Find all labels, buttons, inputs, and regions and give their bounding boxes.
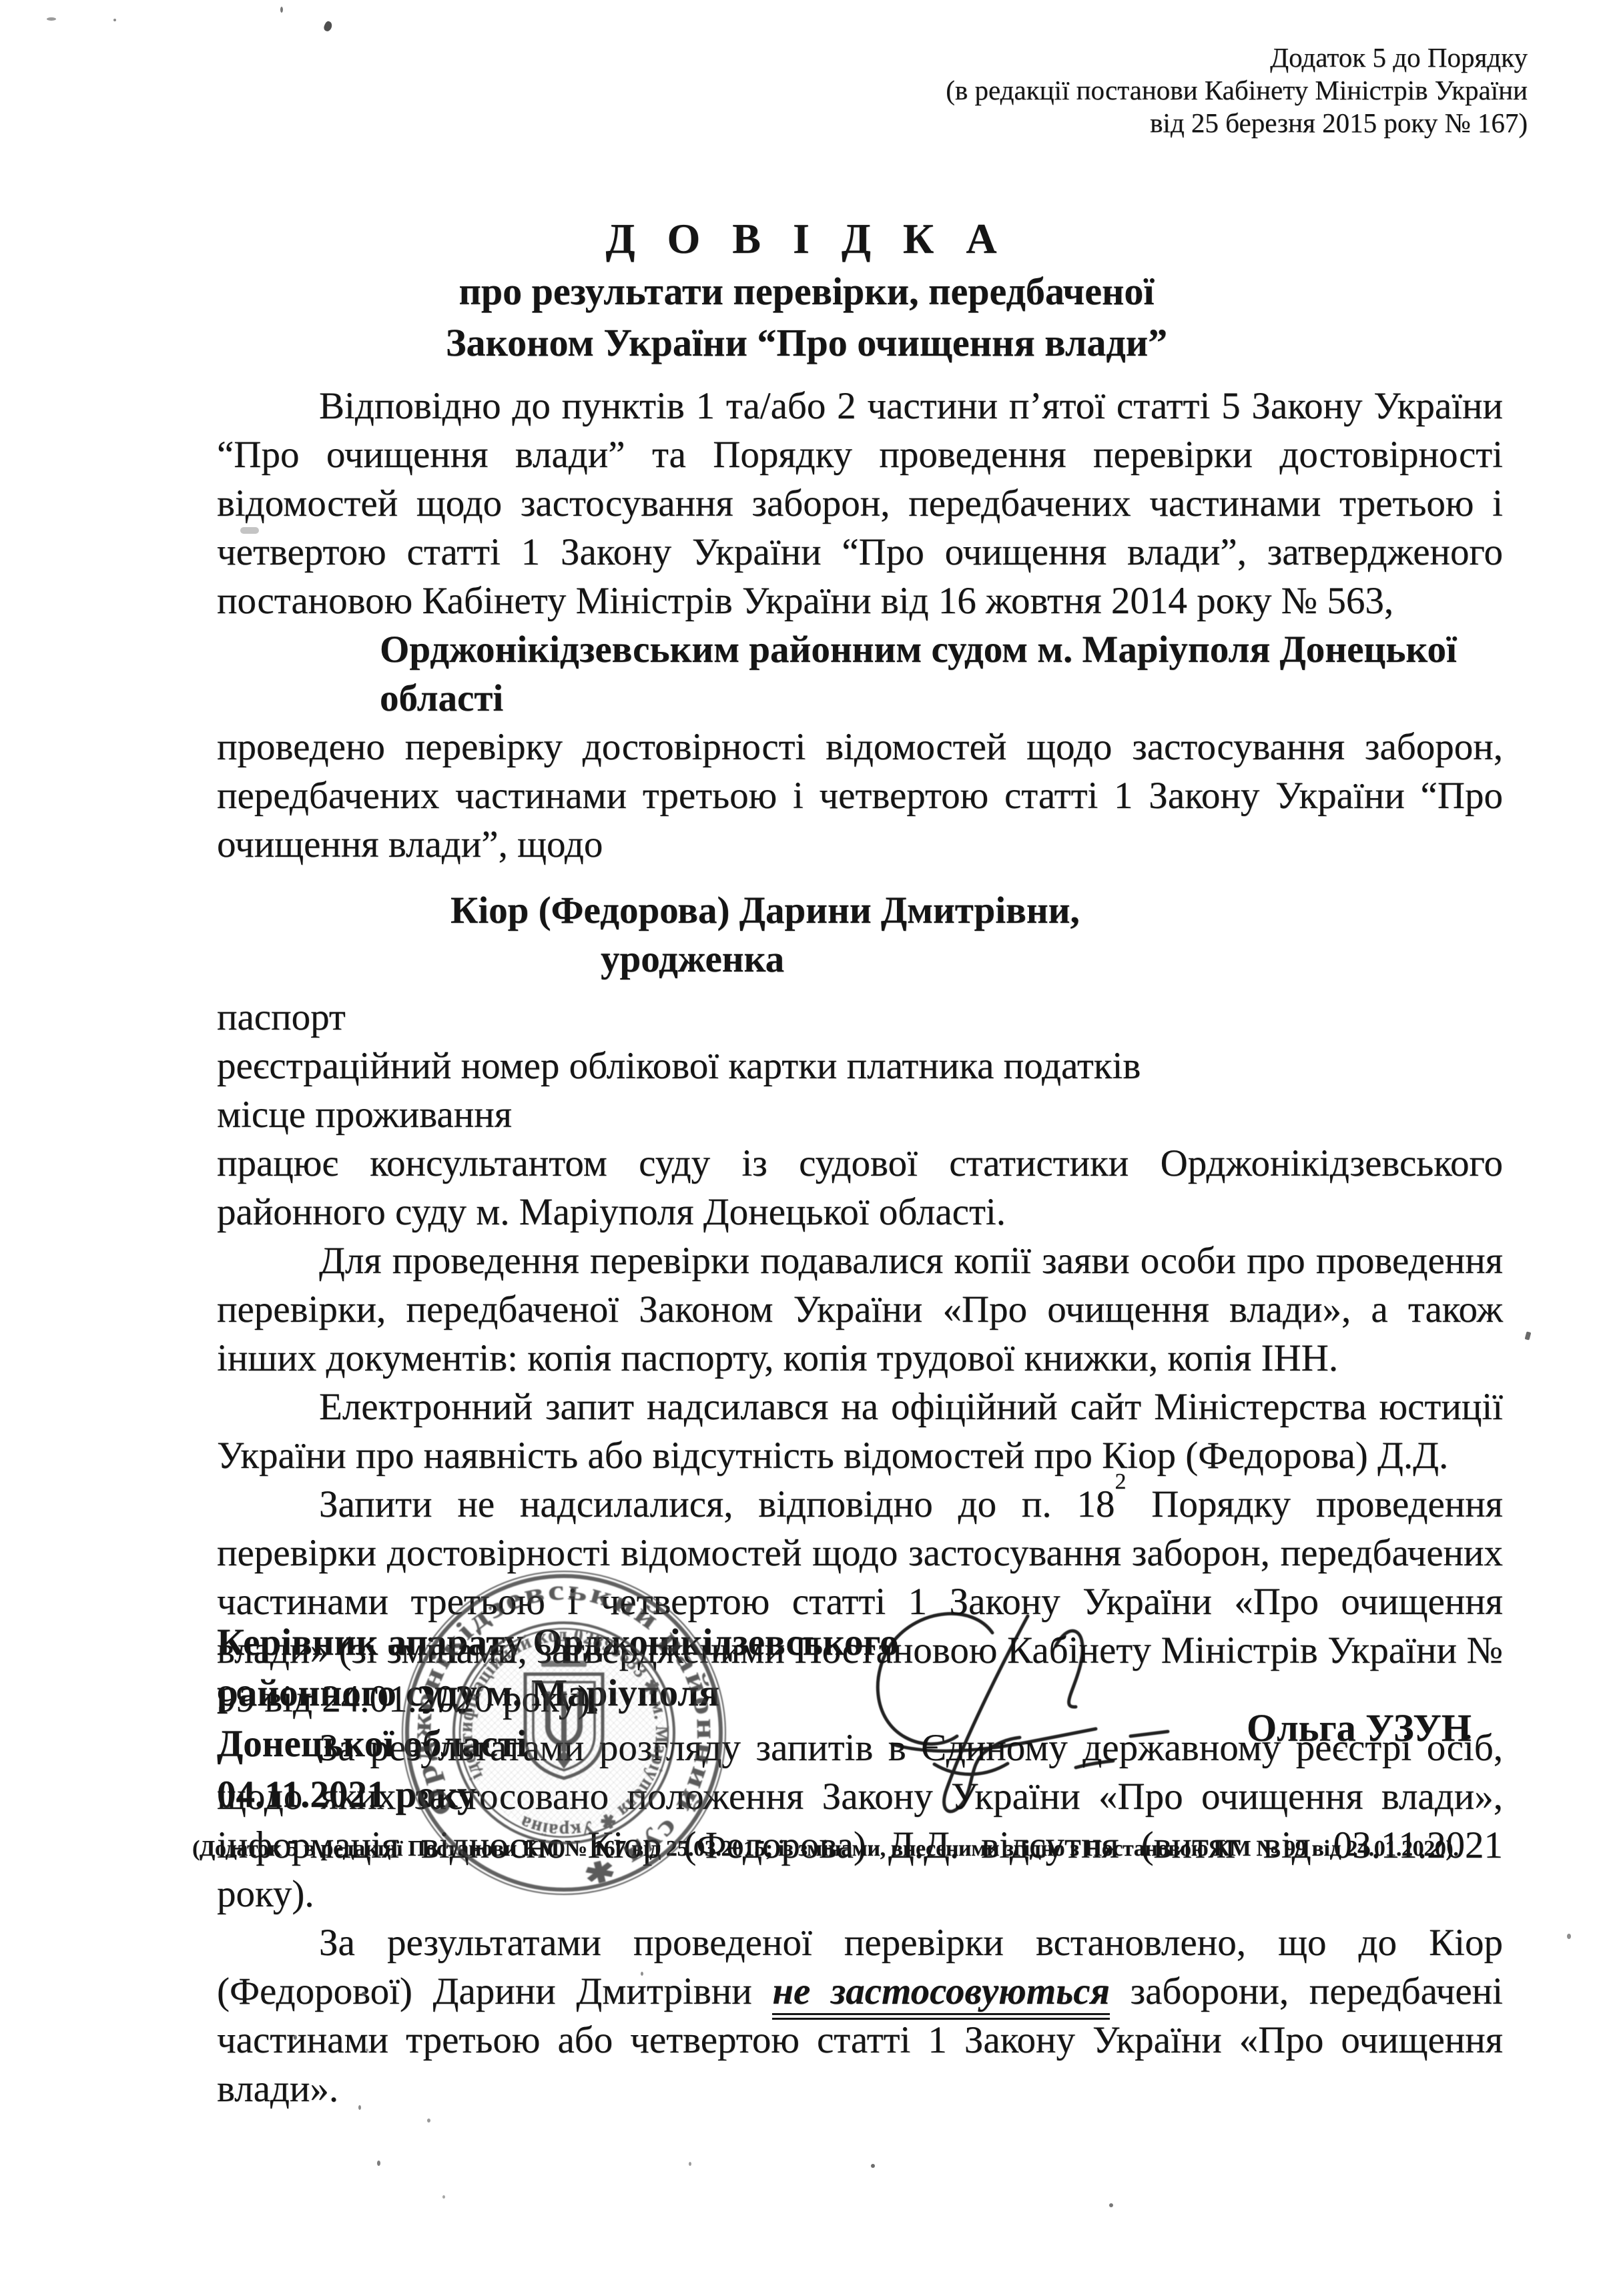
corner-annex-note: Додаток 5 до Порядку (в редакції постано… <box>946 41 1528 139</box>
scan-speck <box>377 2161 380 2166</box>
document-title-block: Д О В І Д К А про результати перевірки, … <box>0 212 1613 368</box>
scan-speck <box>322 20 333 32</box>
scan-speck <box>442 2195 445 2199</box>
page-subtitle-1: про результати перевірки, передбаченої <box>0 266 1613 317</box>
court-name-line: Орджонікідзевським районним судом м. Мар… <box>380 625 1503 723</box>
page-subtitle-2: Законом України “Про очищення влади” <box>0 317 1613 368</box>
scan-speck <box>294 2035 297 2040</box>
p4-text-pre: Запити не надсилалися, відповідно до п. … <box>319 1483 1114 1525</box>
court-round-stamp: Орджонікідзевський районний суд ✱ іденти… <box>390 1559 737 1906</box>
footnote: (Додаток 5 в редакції Постанови КМ № 167… <box>192 1836 1458 1862</box>
page-title: Д О В І Д К А <box>0 212 1613 266</box>
person-name-line: Кіор (Федорова) Дарини Дмитрівни, <box>450 886 1503 935</box>
handwritten-signature <box>856 1596 1176 1830</box>
paragraph-submitted-documents: Для проведення перевірки подавалися копі… <box>217 1236 1503 1383</box>
scan-speck <box>366 2048 368 2052</box>
scan-speck <box>641 1972 643 1976</box>
field-residence: місце проживання <box>217 1090 1503 1139</box>
field-passport: паспорт <box>217 993 1503 1042</box>
field-tax-number: реєстраційний номер облікової картки пла… <box>217 1042 1503 1090</box>
paragraph-electronic-request: Електронний запит надсилався на офіційни… <box>217 1383 1503 1480</box>
field-employment: працює консультантом суду із судової ста… <box>217 1139 1503 1236</box>
scan-speck <box>871 2164 875 2168</box>
paragraph-legal-basis: Відповідно до пунктів 1 та/або 2 частини… <box>217 382 1503 625</box>
paragraph-conclusion: За результатами проведеної перевірки вст… <box>217 1918 1503 2113</box>
scan-speck <box>1109 2203 1113 2207</box>
scan-speck <box>362 1992 366 1996</box>
p4-superscript: 2 <box>1114 1469 1126 1494</box>
scan-speck <box>689 2162 691 2166</box>
scan-speck <box>113 19 116 21</box>
signer-name: Ольга УЗУН <box>1247 1705 1472 1750</box>
scan-speck <box>1525 1331 1532 1340</box>
person-birth-line: уродженка <box>601 935 1503 984</box>
p6-not-applied-emphasis: не застосовуються <box>772 1970 1110 2020</box>
scan-speck <box>358 2105 361 2110</box>
scan-speck <box>280 7 283 13</box>
scanned-certificate-page: Додаток 5 до Порядку (в редакції постано… <box>0 0 1613 2296</box>
scan-speck <box>47 17 56 21</box>
scan-speck <box>427 2119 430 2123</box>
scan-speck <box>240 527 259 534</box>
scan-speck <box>1567 1934 1571 1939</box>
paragraph-check-performed: проведено перевірку достовірності відомо… <box>217 723 1503 869</box>
corner-note-line: (в редакції постанови Кабінету Міністрів… <box>946 74 1528 107</box>
corner-note-line: Додаток 5 до Порядку <box>946 41 1528 74</box>
corner-note-line: від 25 березня 2015 року № 167) <box>946 107 1528 139</box>
